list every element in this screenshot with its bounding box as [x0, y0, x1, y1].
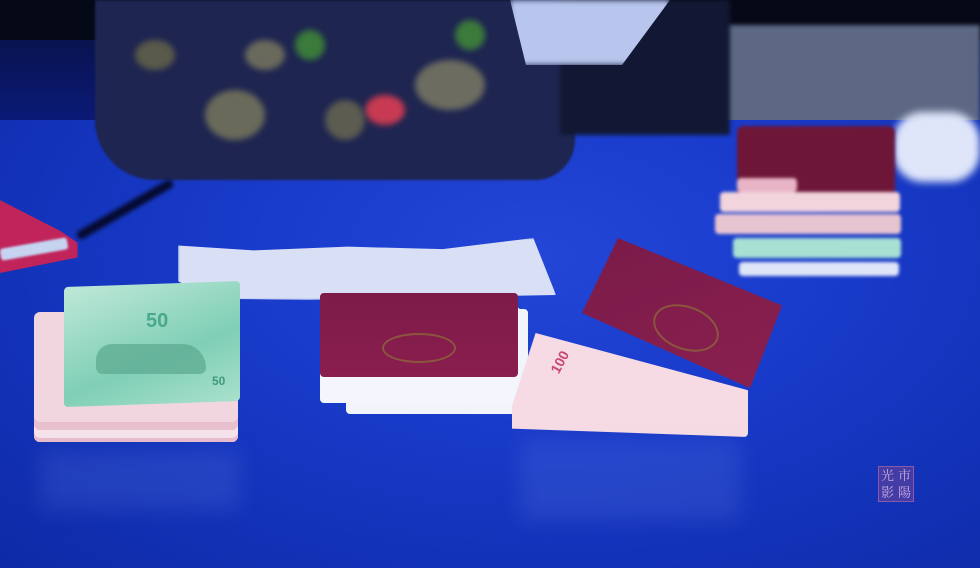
table-reflection [520, 440, 740, 520]
passport-stack-right [695, 126, 905, 286]
seal-char: 光 [879, 467, 896, 484]
passport-pages [733, 238, 901, 258]
photo-scene: 50 50 100 光 市 影 陽 [0, 0, 980, 568]
passport-cover [320, 293, 518, 377]
banknote-denomination-corner: 50 [212, 374, 225, 388]
passport-pages [715, 214, 901, 234]
seal-char: 陽 [896, 484, 913, 501]
passport-stack-center [320, 293, 520, 413]
seal-char: 市 [896, 467, 913, 484]
seal-char: 影 [879, 484, 896, 501]
floral-handbag [95, 0, 575, 180]
national-emblem-icon [647, 296, 726, 361]
passport-pages [737, 178, 797, 192]
white-cloth [893, 112, 980, 182]
banknote-stack-50-yuan: 50 50 [34, 272, 240, 444]
passport-pages [720, 192, 900, 212]
photographer-seal-watermark: 光 市 影 陽 [878, 466, 914, 502]
passport-pages [739, 262, 899, 276]
national-emblem-icon [382, 333, 456, 363]
table-reflection [40, 450, 240, 510]
banknote-portrait [96, 344, 206, 374]
banknote-denomination: 50 [146, 310, 168, 333]
